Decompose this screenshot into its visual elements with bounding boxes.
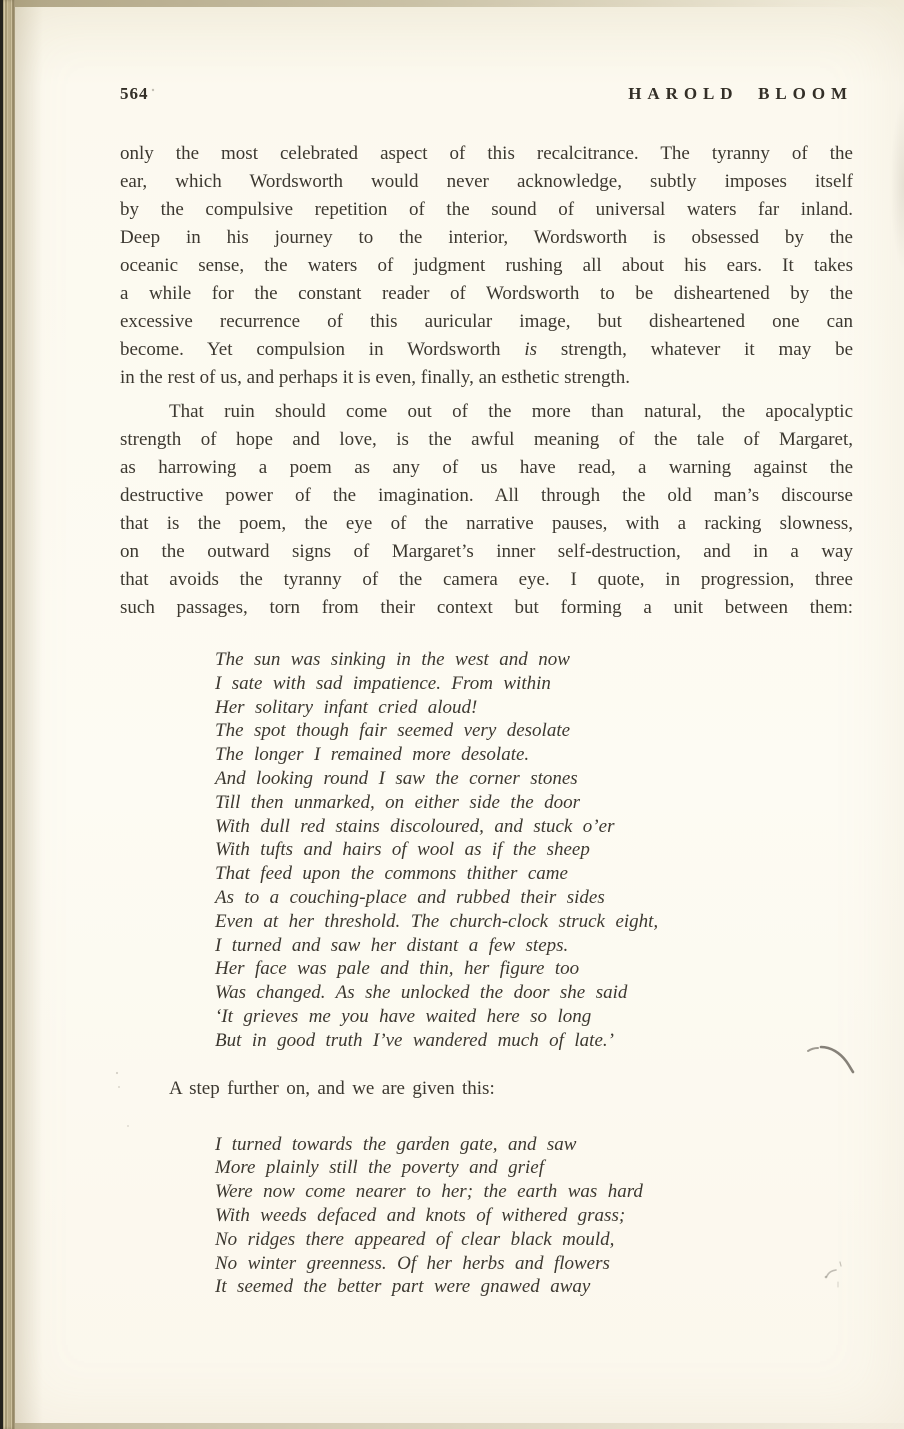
text-line: ear, which Wordsworth would never acknow… [120,168,853,196]
text-line: that avoids the tyranny of the camera ey… [120,566,853,594]
running-head-author: HAROLD BLOOM [628,84,853,103]
verse-line: More plainly still the poverty and grief [215,1156,853,1180]
text-line: only the most celebrated aspect of this … [120,140,853,168]
verse-quotation: The sun was sinking in the west and nowI… [215,648,853,1053]
verse-line: ‘It grieves me you have waited here so l… [215,1005,853,1029]
stacked-page-edges [3,0,15,1429]
verse-line: With dull red stains discoloured, and st… [215,815,853,839]
text-line: a while for the constant reader of Words… [120,280,853,308]
text-line: Deep in his journey to the interior, Wor… [120,224,853,252]
verse-line: It seemed the better part were gnawed aw… [215,1275,853,1299]
verse-line: No winter greenness. Of her herbs and fl… [215,1252,853,1276]
verse-line: No ridges there appeared of clear black … [215,1228,853,1252]
page-number: 564 [120,84,149,103]
text-line: become. Yet compulsion in Wordsworth is … [120,336,853,364]
text-line: That ruin should come out of the more th… [120,398,853,426]
verse-line: And looking round I saw the corner stone… [215,767,853,791]
verse-quotation: I turned towards the garden gate, and sa… [215,1133,853,1300]
verse-line: Were now come nearer to her; the earth w… [215,1180,853,1204]
text-line: strength of hope and love, is the awful … [120,426,853,454]
page-content: 564 HAROLD BLOOM only the most celebrate… [120,0,853,1299]
verse-line: The sun was sinking in the west and now [215,648,853,672]
text-line: as harrowing a poem as any of us have re… [120,454,853,482]
verse-line: Till then unmarked, on either side the d… [215,791,853,815]
verse-line: The longer I remained more desolate. [215,743,853,767]
text-line: in the rest of us, and perhaps it is eve… [120,364,853,392]
text-line: destructive power of the imagination. Al… [120,482,853,510]
verse-line: Her solitary infant cried aloud! [215,696,853,720]
text-line: such passages, torn from their context b… [120,594,853,622]
paragraph: only the most celebrated aspect of this … [120,140,853,392]
verse-line: I turned towards the garden gate, and sa… [215,1133,853,1157]
verse-line: But in good truth I’ve wandered much of … [215,1029,853,1053]
text-line: that is the poem, the eye of the narrati… [120,510,853,538]
verse-line: I turned and saw her distant a few steps… [215,934,853,958]
text-line: excessive recurrence of this auricular i… [120,308,853,336]
transition-sentence: A step further on, and we are given this… [120,1075,853,1103]
text-line: on the outward signs of Margaret’s inner… [120,538,853,566]
gutter-shadow [15,0,43,1429]
book-page-scan: 564 HAROLD BLOOM only the most celebrate… [0,0,904,1429]
verse-line: Was changed. As she unlocked the door sh… [215,981,853,1005]
bottom-page-edge-band [15,1423,904,1429]
verse-line: With tufts and hairs of wool as if the s… [215,838,853,862]
verse-line: I sate with sad impatience. From within [215,672,853,696]
verse-line: With weeds defaced and knots of withered… [215,1204,853,1228]
running-header: 564 HAROLD BLOOM [120,84,853,103]
verse-line: As to a couching-place and rubbed their … [215,886,853,910]
text-line: by the compulsive repetition of the soun… [120,196,853,224]
verse-line: Her face was pale and thin, her figure t… [215,957,853,981]
paragraph: That ruin should come out of the more th… [120,398,853,622]
verse-line: The spot though fair seemed very desolat… [215,719,853,743]
scan-smudge [890,100,904,270]
verse-line: That feed upon the commons thither came [215,862,853,886]
body-text: only the most celebrated aspect of this … [120,140,853,1299]
verse-line: Even at her threshold. The church-clock … [215,910,853,934]
text-line: oceanic sense, the waters of judgment ru… [120,252,853,280]
